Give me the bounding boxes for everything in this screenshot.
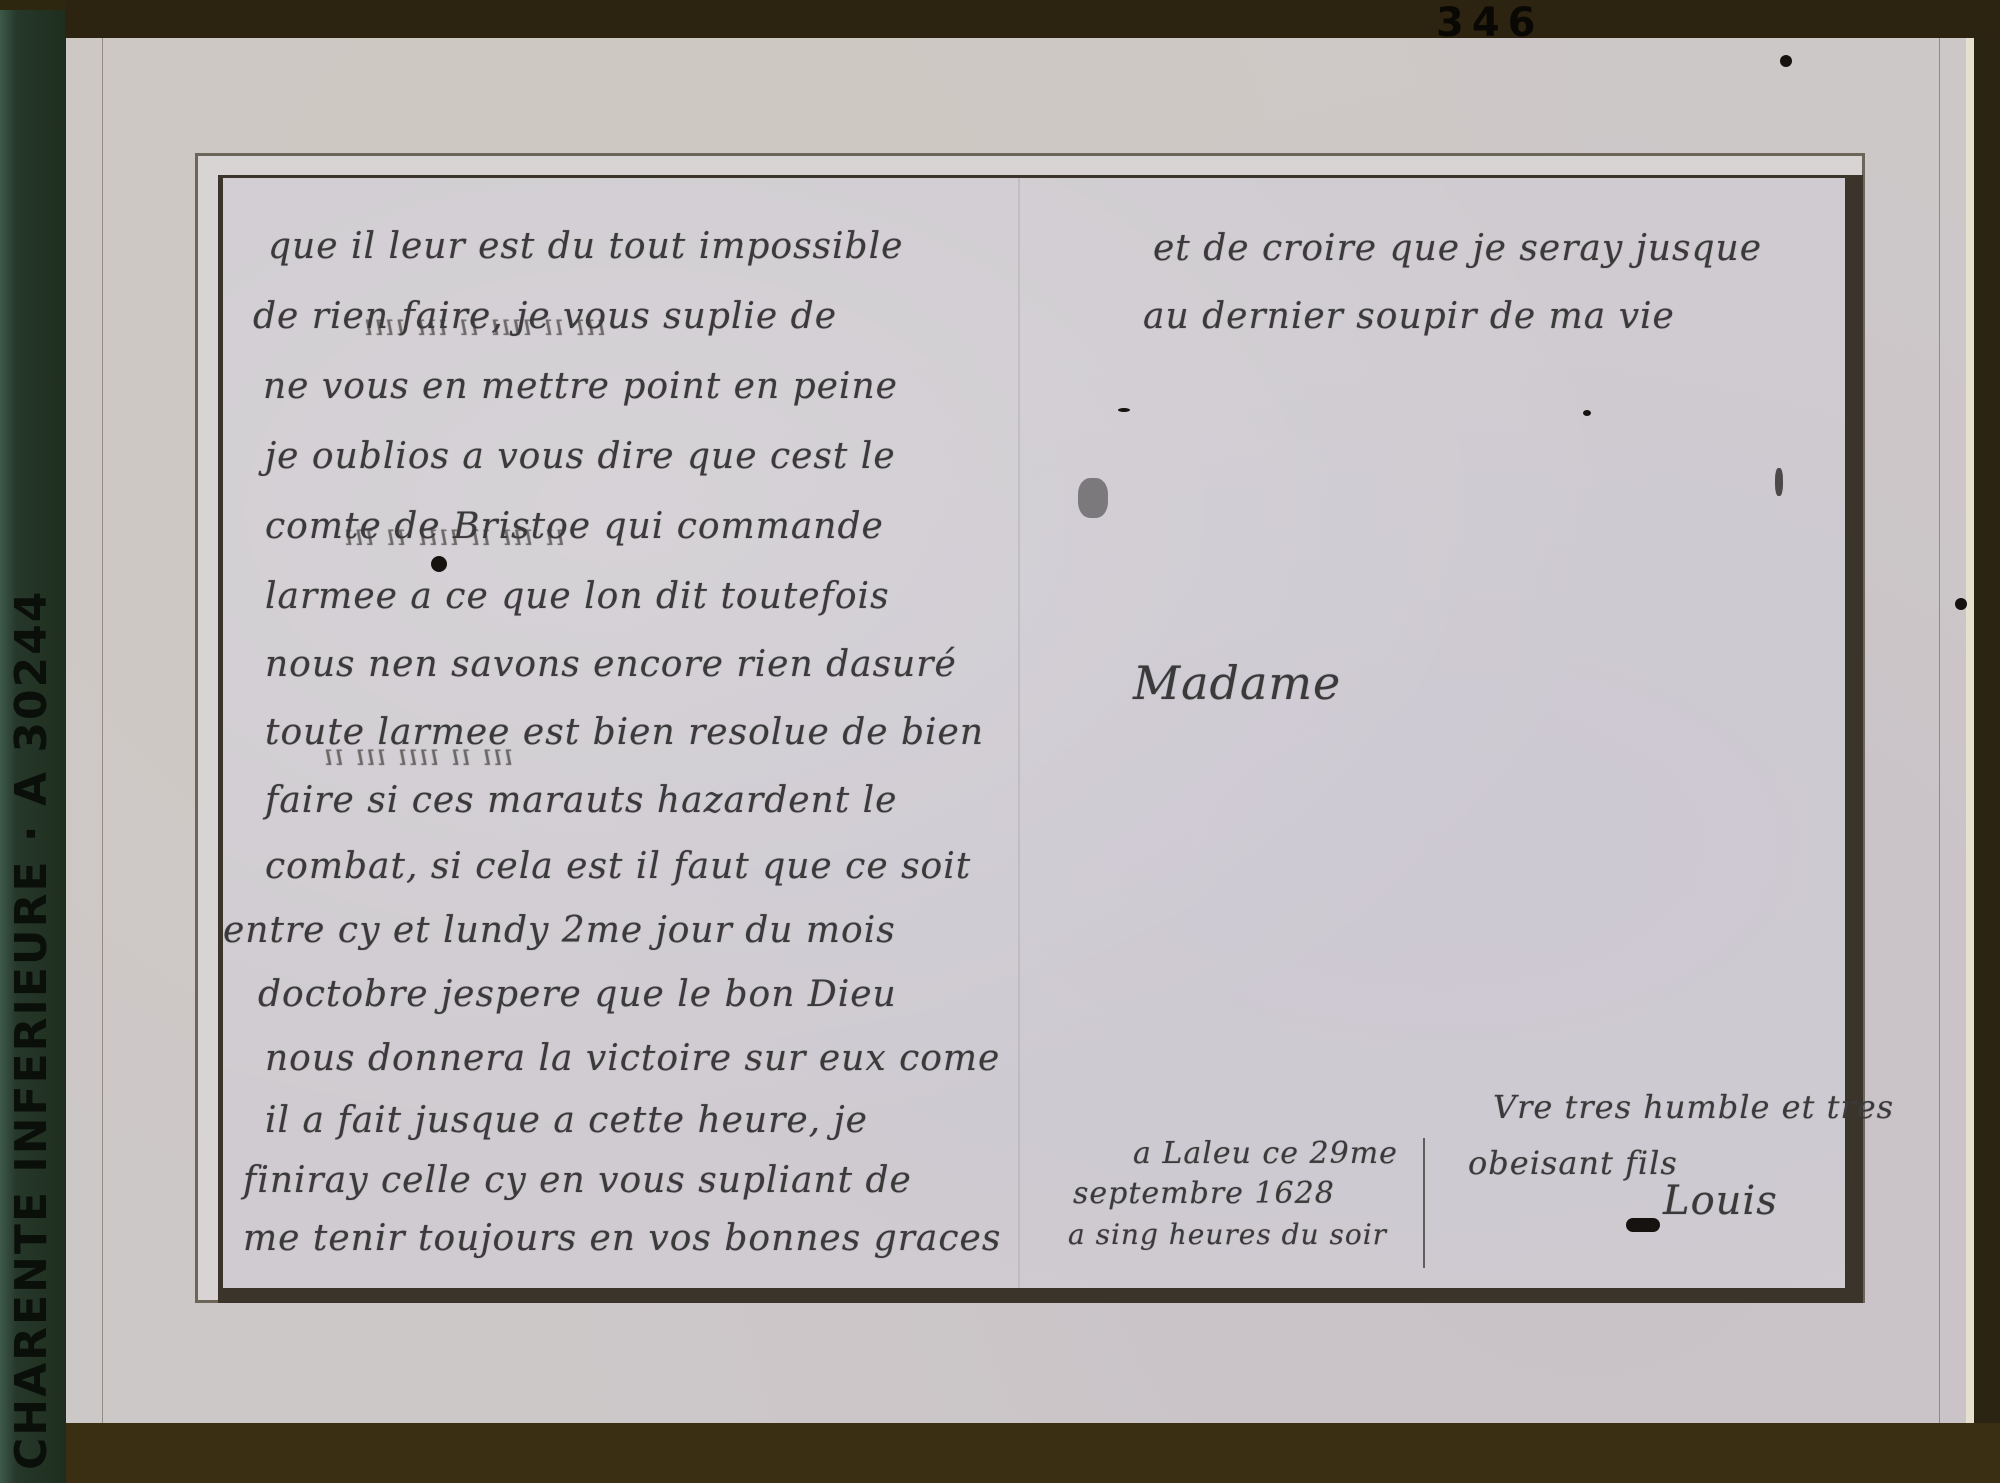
letter-line: et de croire que je seray jusque <box>1153 228 1762 269</box>
ink-spot <box>431 556 447 572</box>
letter-left-page: ııı ıı ıııı ıı ııı ıııı ıı ııı ıı ıııı ı… <box>223 178 1018 1288</box>
letter-line: il a fait jusque a cette heure, je <box>265 1100 868 1141</box>
plate-top-edge <box>65 0 2000 38</box>
closing-line: obeisant fils <box>1468 1144 1678 1182</box>
dateline-line: a Laleu ce 29me <box>1133 1136 1398 1171</box>
letter-line: nous nen savons encore rien dasuré <box>265 644 957 685</box>
plate-right-edge <box>1974 38 2000 1483</box>
letter-line: combat, si cela est il faut que ce soit <box>265 846 971 887</box>
photographic-plate: 346 CHARENTE INFERIEURE · A 30244 ııı ıı… <box>0 0 2000 1483</box>
ink-stain <box>1775 468 1783 496</box>
letter-line: de rien faire, je vous suplie de <box>253 296 837 337</box>
ink-smudge <box>1626 1218 1660 1232</box>
signature: Louis <box>1663 1178 1778 1224</box>
letter-line: ne vous en mettre point en peine <box>263 366 898 407</box>
plate-spot <box>1955 598 1967 610</box>
ink-spot <box>1118 408 1130 412</box>
mount-rule-left <box>102 38 103 1423</box>
brace-line <box>1423 1138 1425 1268</box>
handwritten-letter: ııı ıı ıııı ıı ııı ıııı ıı ııı ıı ıııı ı… <box>223 178 1845 1288</box>
ink-spot <box>1583 410 1591 416</box>
salutation: Madame <box>1133 656 1341 710</box>
mount-rule-right <box>1939 38 1940 1423</box>
letter-line: nous donnera la victoire sur eux come <box>265 1038 1000 1079</box>
letter-line: je oublios a vous dire que cest le <box>265 436 896 477</box>
letter-line: me tenir toujours en vos bonnes graces <box>243 1218 1001 1259</box>
dateline-line: a sing heures du soir <box>1068 1218 1387 1251</box>
ink-stain <box>1078 478 1108 518</box>
closing-line: Vre tres humble et tres <box>1493 1088 1894 1126</box>
plate-label-strip: CHARENTE INFERIEURE · A 30244 <box>0 10 65 1483</box>
letter-line: que il leur est du tout impossible <box>268 226 903 267</box>
letter-right-page: et de croire que je seray jusque au dern… <box>1023 178 1845 1288</box>
plate-side-label: CHARENTE INFERIEURE · A 30244 <box>6 250 57 1470</box>
letter-line: larmee a ce que lon dit toutefois <box>265 576 890 617</box>
plate-spot <box>1780 55 1792 67</box>
letter-line: doctobre jespere que le bon Dieu <box>258 974 897 1015</box>
letter-line: comte de Bristoe qui commande <box>265 506 884 547</box>
letter-line: toute larmee est bien resolue de bien <box>265 712 984 753</box>
dateline-line: septembre 1628 <box>1073 1176 1335 1211</box>
letter-line: faire si ces marauts hazardent le <box>265 780 897 821</box>
plate-bottom-edge <box>66 1423 2000 1483</box>
letter-line: finiray celle cy en vous supliant de <box>243 1160 912 1201</box>
letter-fold <box>1018 178 1020 1288</box>
letter-line: au dernier soupir de ma vie <box>1143 296 1675 337</box>
letter-line: entre cy et lundy 2me jour du mois <box>223 910 896 951</box>
